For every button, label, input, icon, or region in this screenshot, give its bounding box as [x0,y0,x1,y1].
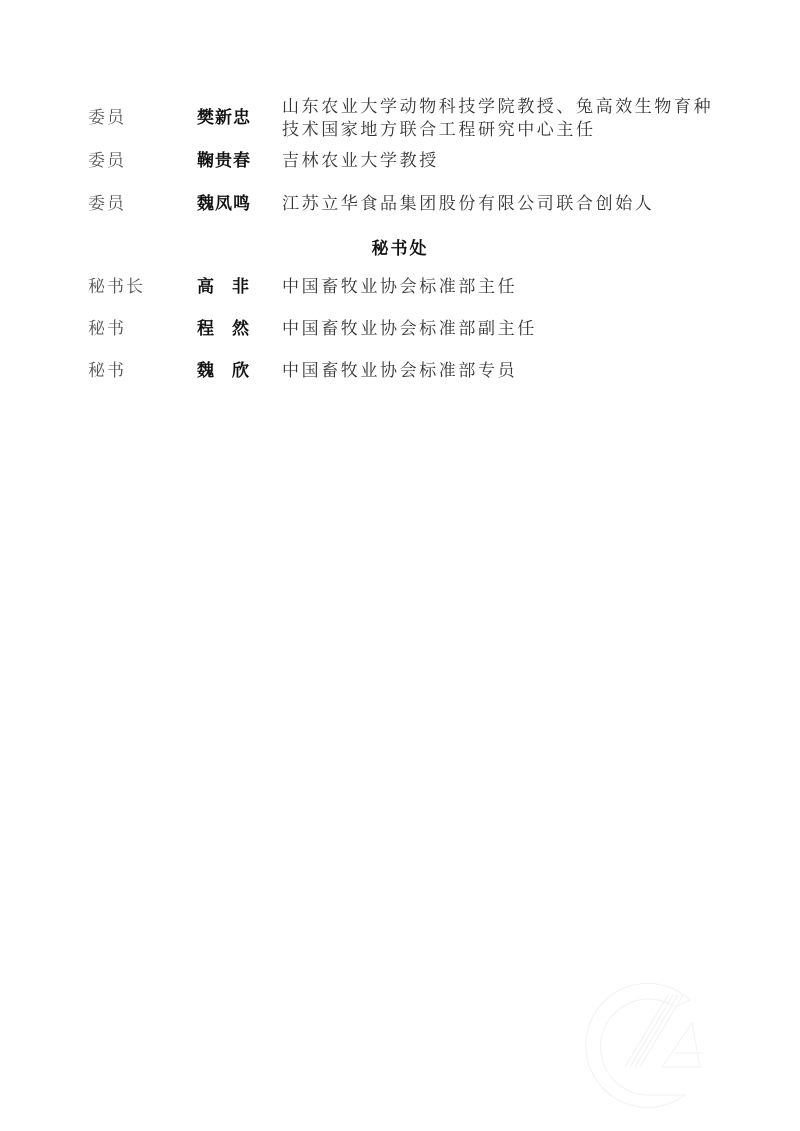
member-description: 江苏立华食品集团股份有限公司联合创始人 [282,193,722,216]
association-logo-icon [580,975,720,1115]
member-name: 樊新忠 [197,107,251,130]
member-description: 山东农业大学动物科技学院教授、兔高效生物育种技术国家地方联合工程研究中心主任 [282,96,722,142]
section-title-secretariat: 秘书处 [0,234,800,259]
member-description: 吉林农业大学教授 [282,150,722,173]
member-description: 中国畜牧业协会标准部主任 [282,276,722,299]
document-page: 委员 樊新忠 山东农业大学动物科技学院教授、兔高效生物育种技术国家地方联合工程研… [0,0,800,1131]
member-name: 程然 [197,318,267,341]
member-description: 中国畜牧业协会标准部专员 [282,360,722,383]
member-role: 秘书长 [88,276,145,299]
member-name: 鞠贵春 [197,150,251,173]
member-role: 委员 [88,193,126,216]
member-role: 委员 [88,150,126,173]
member-role: 秘书 [88,318,126,341]
member-name: 高非 [197,276,267,299]
member-name: 魏欣 [197,360,267,383]
member-name: 魏凤鸣 [197,193,251,216]
member-description: 中国畜牧业协会标准部副主任 [282,318,722,341]
member-role: 委员 [88,107,126,130]
member-role: 秘书 [88,360,126,383]
